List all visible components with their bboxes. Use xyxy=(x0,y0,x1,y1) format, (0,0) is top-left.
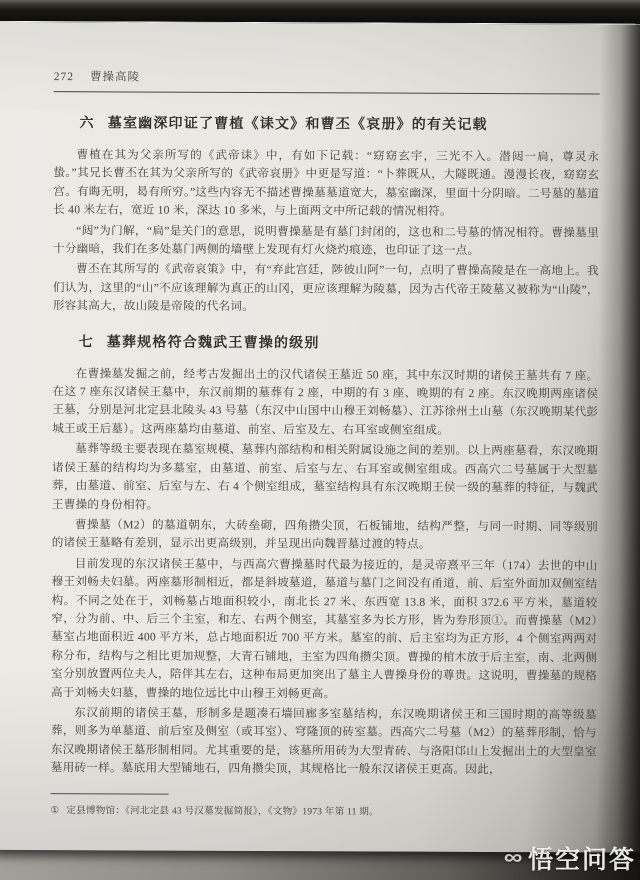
footnote-text: 定县博物馆：《河北定县 43 号汉墓发掘简报》，《文物》1973 年第 11 期… xyxy=(66,802,378,817)
footnote-divider xyxy=(51,793,169,795)
page-header: 272 曹操高陵 xyxy=(54,68,600,86)
watermark-text: 悟空问答 xyxy=(528,840,636,876)
running-title: 曹操高陵 xyxy=(90,68,140,84)
paragraph: 东汉前期的诸侯王墓，形制多是题凑石墙回廊多室墓结构，东汉晚期诸侯王和三国时期的高… xyxy=(51,704,597,780)
footnote-marker: ① xyxy=(51,805,60,816)
paragraph: 目前发现的东汉诸侯王墓中，与西高穴曹操墓时代最为接近的，是灵帝熹平三年（174）… xyxy=(51,555,598,705)
section-number: 六 xyxy=(80,114,95,130)
header-rule xyxy=(54,91,600,94)
paragraph: 曹操墓（M2）的墓道朝东，大砖垒砌，四角攒尖顶，石板铺地，结构严整，与同一时期、… xyxy=(52,516,598,555)
page-number: 272 xyxy=(54,71,74,83)
section-number: 七 xyxy=(79,333,94,349)
paragraph: 曹植在其为父亲所写的《武帝诔》中，有如下记载：“窈窈玄宇，三光不入。潜闼一扃，尊… xyxy=(53,146,599,222)
section-heading-7: 七墓葬规格符合魏武王曹操的级别 xyxy=(53,331,599,353)
paragraph: 曹丕在其所写的《武帝哀策》中，有“弃此宫廷，陟彼山阿”一句，点明了曹操高陵是在一… xyxy=(53,261,599,319)
footnote: ① 定县博物馆：《河北定县 43 号汉墓发掘简报》，《文物》1973 年第 11… xyxy=(51,802,597,818)
paragraph: 在曹操墓发掘之前，经考古发掘出土的汉代诸侯王墓近 50 座，其中东汉时期的诸侯王… xyxy=(52,365,598,441)
section-heading-6: 六墓室幽深印证了曹植《诔文》和曹丕《哀册》的有关记载 xyxy=(54,112,600,134)
photo-backdrop: 272 曹操高陵 六墓室幽深印证了曹植《诔文》和曹丕《哀册》的有关记载 曹植在其… xyxy=(0,0,640,880)
book-page: 272 曹操高陵 六墓室幽深印证了曹植《诔文》和曹丕《哀册》的有关记载 曹植在其… xyxy=(0,21,640,853)
paragraph: “闼”为门解，“扃”是关门的意思，说明曹操墓是有墓门封闭的，这也和二号墓的情况相… xyxy=(53,222,599,261)
paragraph: 墓葬等级主要表现在墓室规模、墓葬内部结构和相关附属设施之间的差别。以上两座墓看，… xyxy=(52,440,598,516)
section-title: 墓室幽深印证了曹植《诔文》和曹丕《哀册》的有关记载 xyxy=(108,114,488,132)
page-content: 272 曹操高陵 六墓室幽深印证了曹植《诔文》和曹丕《哀册》的有关记载 曹植在其… xyxy=(0,22,640,818)
section-title: 墓葬规格符合魏武王曹操的级别 xyxy=(107,333,320,350)
infinity-icon: ∞ xyxy=(504,846,525,870)
watermark: ∞ 悟空问答 xyxy=(506,840,636,876)
